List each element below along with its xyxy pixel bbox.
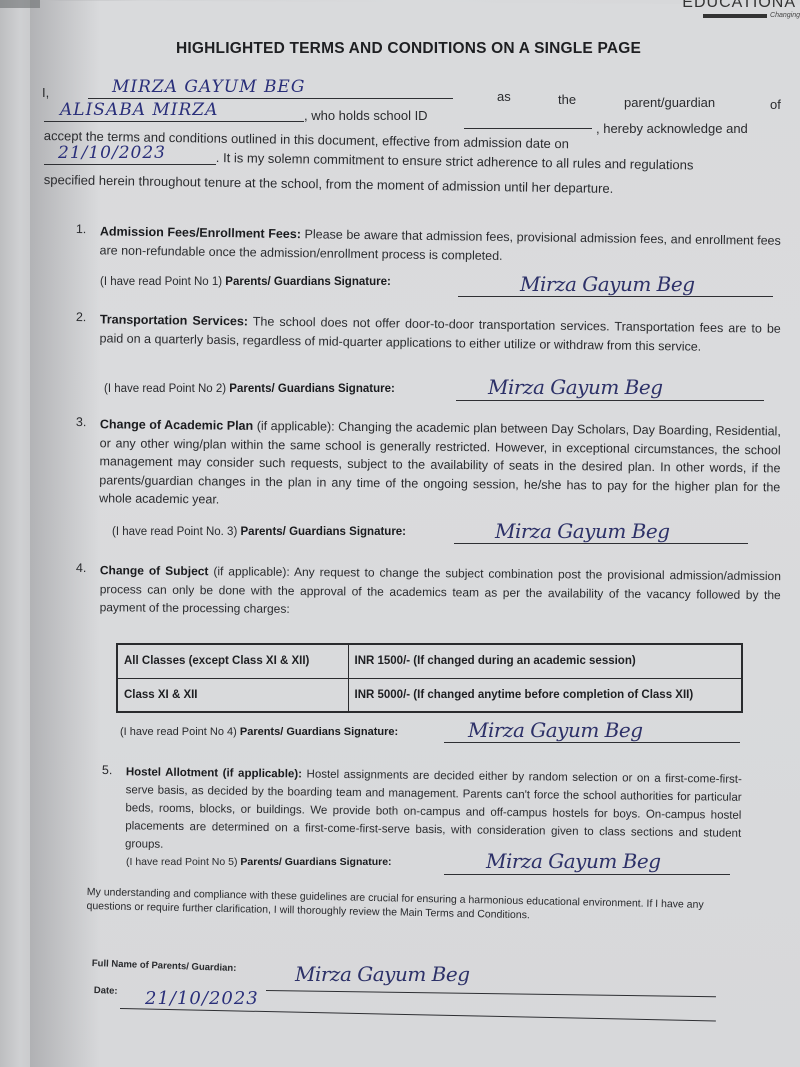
signature-1: Mirza Gayum Beg (520, 272, 695, 296)
item-heading: Change of Academic Plan (100, 417, 253, 433)
ack-prefix: (I have read Point No 1) (100, 276, 222, 288)
ack-row-1: (I have read Point No 1) Parents/ Guardi… (100, 276, 391, 288)
item-heading: Change of Subject (100, 563, 209, 578)
item-body: Changing the academic plan between Day S… (99, 420, 781, 507)
signature-5: Mirza Gayum Beg (486, 849, 661, 873)
processing-charges-table: All Classes (except Class XI & XII) INR … (116, 643, 743, 713)
table-row: All Classes (except Class XI & XII) INR … (117, 644, 742, 678)
item-heading: Transportation Services: (100, 312, 248, 328)
ack-label: Parents/ Guardians Signature: (229, 383, 395, 395)
ack-label: Parents/ Guardians Signature: (240, 856, 391, 868)
page-title: HIGHLIGHTED TERMS AND CONDITIONS ON A SI… (176, 40, 641, 58)
item-text: Change of Academic Plan (if applicable):… (99, 415, 781, 515)
admission-date-field[interactable] (44, 164, 216, 165)
table-cell: All Classes (except Class XI & XII) (117, 644, 348, 678)
intro-holds-id: , who holds school ID (304, 108, 428, 123)
item-number: 2. (76, 310, 87, 324)
signature-4: Mirza Gayum Beg (468, 718, 643, 742)
item-text: Change of Subject (if applicable): Any r… (100, 561, 781, 622)
table-cell: Class XI & XII (117, 678, 348, 712)
intro-role: parent/guardian (624, 95, 715, 110)
item-qualifier: (if applicable): (257, 419, 335, 434)
ack-label: Parents/ Guardians Signature: (241, 526, 407, 538)
ack-prefix: (I have read Point No 4) (120, 726, 237, 738)
item-body: Hostel assignments are decided either by… (125, 769, 742, 851)
admission-date-value: 21/10/2023 (58, 143, 166, 163)
item-number: 4. (76, 561, 87, 575)
table-cell: INR 5000/- (If changed anytime before co… (348, 678, 742, 712)
page-corner-mark (0, 0, 40, 8)
ack-prefix: (I have read Point No. 3) (112, 526, 237, 538)
signature-field-3[interactable] (454, 543, 748, 544)
intro-acknowledge: , hereby acknowledge and (596, 121, 748, 136)
signature-field-2[interactable] (456, 400, 764, 401)
signature-field-5[interactable] (444, 874, 730, 875)
table-cell: INR 1500/- (If changed during an academi… (348, 644, 742, 678)
parent-name-value: MIRZA GAYUM BEG (112, 77, 305, 97)
ack-prefix: (I have read Point No 2) (104, 383, 226, 395)
student-name-field[interactable] (44, 121, 304, 122)
intro-as: as (497, 89, 511, 104)
full-name-value: Mirza Gayum Beg (295, 962, 470, 986)
ack-label: Parents/ Guardians Signature: (225, 276, 391, 288)
signature-field-4[interactable] (444, 742, 740, 743)
logo-tagline: Changing (770, 12, 800, 19)
school-logo: EDUCATIONA Changing (682, 0, 800, 19)
item-heading: Admission Fees/Enrollment Fees: (100, 224, 301, 241)
item-number: 1. (76, 222, 87, 236)
parent-name-field[interactable] (88, 98, 453, 99)
intro-prefix: I, (42, 85, 49, 100)
table-row: Class XI & XII INR 5000/- (If changed an… (117, 678, 742, 712)
ack-row-5: (I have read Point No 5) Parents/ Guardi… (126, 856, 392, 868)
item-number: 3. (76, 415, 87, 429)
signature-2: Mirza Gayum Beg (488, 375, 663, 399)
item-heading: Hostel Allotment (if applicable): (126, 766, 302, 780)
ack-row-3: (I have read Point No. 3) Parents/ Guard… (112, 526, 406, 538)
signature-field-1[interactable] (458, 296, 773, 297)
intro-the: the (558, 92, 576, 107)
date-value: 21/10/2023 (145, 988, 259, 1009)
ack-prefix: (I have read Point No 5) (126, 856, 237, 868)
signature-3: Mirza Gayum Beg (495, 519, 670, 543)
school-id-field[interactable] (464, 128, 592, 129)
student-name-value: ALISABA MIRZA (60, 100, 218, 120)
logo-text: EDUCATIONA (682, 0, 800, 9)
ack-label: Parents/ Guardians Signature: (240, 726, 398, 738)
item-text: Hostel Allotment (if applicable): Hostel… (125, 763, 742, 861)
logo-bar (703, 14, 767, 18)
ack-row-2: (I have read Point No 2) Parents/ Guardi… (104, 383, 395, 395)
item-qualifier: (if applicable): (213, 564, 289, 579)
item-number: 5. (102, 763, 113, 777)
ack-row-4: (I have read Point No 4) Parents/ Guardi… (120, 726, 398, 738)
date-label: Date: (94, 985, 118, 997)
intro-of: of (770, 97, 781, 112)
